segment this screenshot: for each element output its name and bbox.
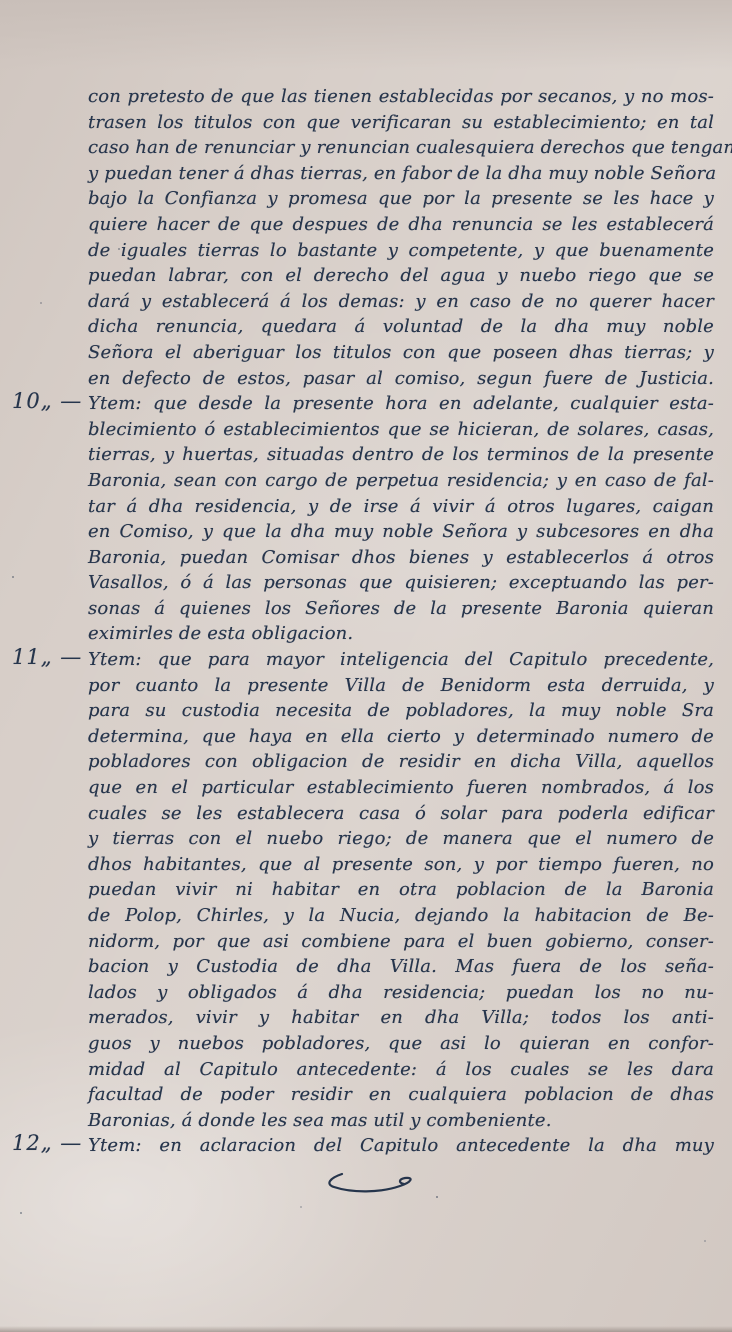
manuscript-line: Ytem: en aclaracion del Capitulo anteced…: [88, 1133, 714, 1159]
manuscript-line: caso han de renunciar y renuncian cuales…: [88, 135, 714, 161]
item-number-marker: 10„ —: [12, 389, 86, 415]
flourish-mark: [322, 1168, 426, 1198]
manuscript-text: con pretesto de que las tienen estableci…: [88, 84, 714, 1159]
paragraph: 12„ —Ytem: en aclaracion del Capitulo an…: [88, 1133, 714, 1159]
manuscript-line: Baronia, puedan Comisar dhos bienes y es…: [88, 545, 714, 571]
item-number-marker: 12„ —: [12, 1131, 86, 1157]
manuscript-line: Ytem: que para mayor inteligencia del Ca…: [88, 647, 714, 673]
manuscript-line: sonas á quienes los Señores de la presen…: [88, 596, 714, 622]
manuscript-line: por cuanto la presente Villa de Benidorm…: [88, 673, 714, 699]
manuscript-line: quiere hacer de que despues de dha renun…: [88, 212, 714, 238]
manuscript-line: Ytem: que desde la presente hora en adel…: [88, 391, 714, 417]
manuscript-line: puedan labrar, con el derecho del agua y…: [88, 263, 714, 289]
manuscript-line: Señora el aberiguar los titulos con que …: [88, 340, 714, 366]
manuscript-line: tierras, y huertas, situadas dentro de l…: [88, 442, 714, 468]
manuscript-line: eximirles de esta obligacion.: [88, 621, 714, 647]
manuscript-line: guos y nuebos pobladores, que asi lo qui…: [88, 1031, 714, 1057]
manuscript-line: cuales se les establecera casa ó solar p…: [88, 801, 714, 827]
paragraph: 11„ —Ytem: que para mayor inteligencia d…: [88, 647, 714, 1133]
ink-specks: [0, 0, 2, 2]
manuscript-page: con pretesto de que las tienen estableci…: [0, 0, 732, 1332]
manuscript-line: que en el particular establecimiento fue…: [88, 775, 714, 801]
item-number-marker: 11„ —: [12, 645, 86, 671]
manuscript-line: bajo la Confianza y promesa que por la p…: [88, 186, 714, 212]
manuscript-line: determina, que haya en ella cierto y det…: [88, 724, 714, 750]
manuscript-line: puedan vivir ni habitar en otra poblacio…: [88, 877, 714, 903]
manuscript-line: trasen los titulos con que verificaran s…: [88, 110, 714, 136]
manuscript-line: en defecto de estos, pasar al comiso, se…: [88, 366, 714, 392]
manuscript-line: facultad de poder residir en cualquiera …: [88, 1082, 714, 1108]
manuscript-line: blecimiento ó establecimientos que se hi…: [88, 417, 714, 443]
manuscript-line: de iguales tierras lo bastante y compete…: [88, 238, 714, 264]
manuscript-line: y tierras con el nuebo riego; de manera …: [88, 826, 714, 852]
manuscript-line: de Polop, Chirles, y la Nucia, dejando l…: [88, 903, 714, 929]
manuscript-line: Baronia, sean con cargo de perpetua resi…: [88, 468, 714, 494]
paragraph: 10„ —Ytem: que desde la presente hora en…: [88, 391, 714, 647]
manuscript-line: nidorm, por que asi combiene para el bue…: [88, 929, 714, 955]
manuscript-line: en Comiso, y que la dha muy noble Señora…: [88, 519, 714, 545]
manuscript-line: pobladores con obligacion de residir en …: [88, 749, 714, 775]
manuscript-line: Vasallos, ó á las personas que quisieren…: [88, 570, 714, 596]
manuscript-line: merados, vivir y habitar en dha Villa; t…: [88, 1005, 714, 1031]
manuscript-line: bacion y Custodia de dha Villa. Mas fuer…: [88, 954, 714, 980]
manuscript-line: dará y establecerá á los demas: y en cas…: [88, 289, 714, 315]
manuscript-line: tar á dha residencia, y de irse á vivir …: [88, 494, 714, 520]
manuscript-line: Baronias, á donde les sea mas util y com…: [88, 1108, 714, 1134]
manuscript-line: para su custodia necesita de pobladores,…: [88, 698, 714, 724]
manuscript-line: dhos habitantes, que al presente son, y …: [88, 852, 714, 878]
manuscript-line: con pretesto de que las tienen estableci…: [88, 84, 714, 110]
manuscript-line: lados y obligados á dha residencia; pued…: [88, 980, 714, 1006]
manuscript-line: y puedan tener á dhas tierras, en fabor …: [88, 161, 714, 187]
manuscript-line: dicha renuncia, quedara á voluntad de la…: [88, 314, 714, 340]
paragraph: con pretesto de que las tienen estableci…: [88, 84, 714, 391]
manuscript-line: midad al Capitulo antecedente: á los cua…: [88, 1057, 714, 1083]
